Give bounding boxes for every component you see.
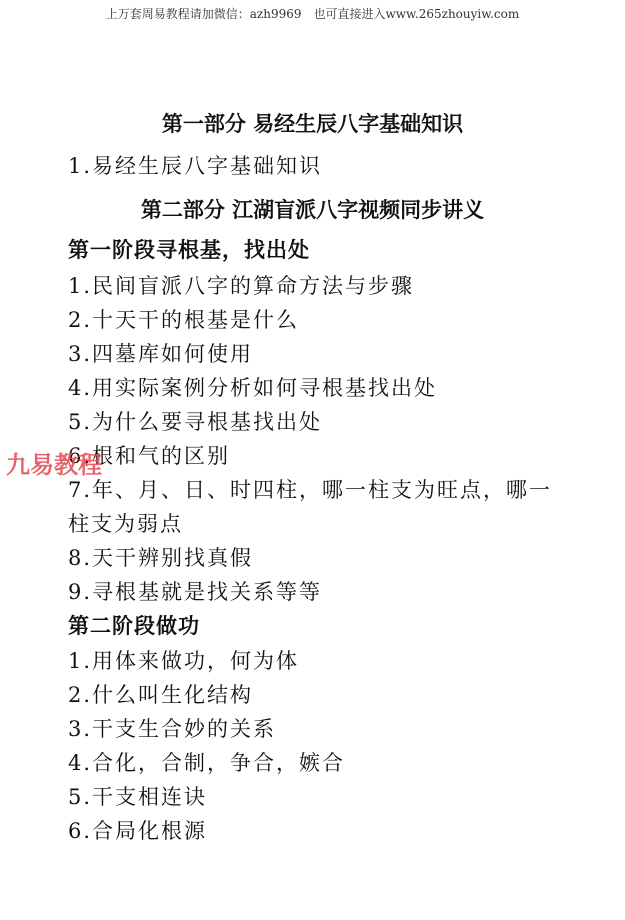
part2-title: 第二部分 江湖盲派八字视频同步讲义 [0,194,625,224]
list-item: 5.为什么要寻根基找出处 [68,406,322,436]
list-item: 4.用实际案例分析如何寻根基找出处 [68,372,437,402]
part1-title: 第一部分 易经生辰八字基础知识 [0,108,625,138]
page-header-note: 上万套周易教程请加微信：azh9969 也可直接进入www.265zhouyiw… [0,5,625,22]
stage2-title: 第二阶段做功 [68,610,200,640]
stage1-title: 第一阶段寻根基，找出处 [68,234,310,264]
list-item: 2.什么叫生化结构 [68,679,253,709]
watermark-logo: 九易教程 [6,445,102,480]
list-item: 4.合化，合制，争合，嫉合 [68,747,345,777]
list-item: 3.干支生合妙的关系 [68,713,276,743]
list-item-continuation: 柱支为弱点 [68,508,183,538]
list-item: 1.民间盲派八字的算命方法与步骤 [68,270,414,300]
list-item: 9.寻根基就是找关系等等 [68,576,322,606]
list-item: 2.十天干的根基是什么 [68,304,299,334]
part1-item: 1.易经生辰八字基础知识 [68,150,322,180]
list-item: 3.四墓库如何使用 [68,338,253,368]
list-item: 5.干支相连诀 [68,781,207,811]
list-item: 6.合局化根源 [68,815,207,845]
list-item: 8.天干辨别找真假 [68,542,253,572]
list-item: 7.年、月、日、时四柱，哪一柱支为旺点，哪一 [68,474,552,504]
list-item: 1.用体来做功，何为体 [68,645,299,675]
